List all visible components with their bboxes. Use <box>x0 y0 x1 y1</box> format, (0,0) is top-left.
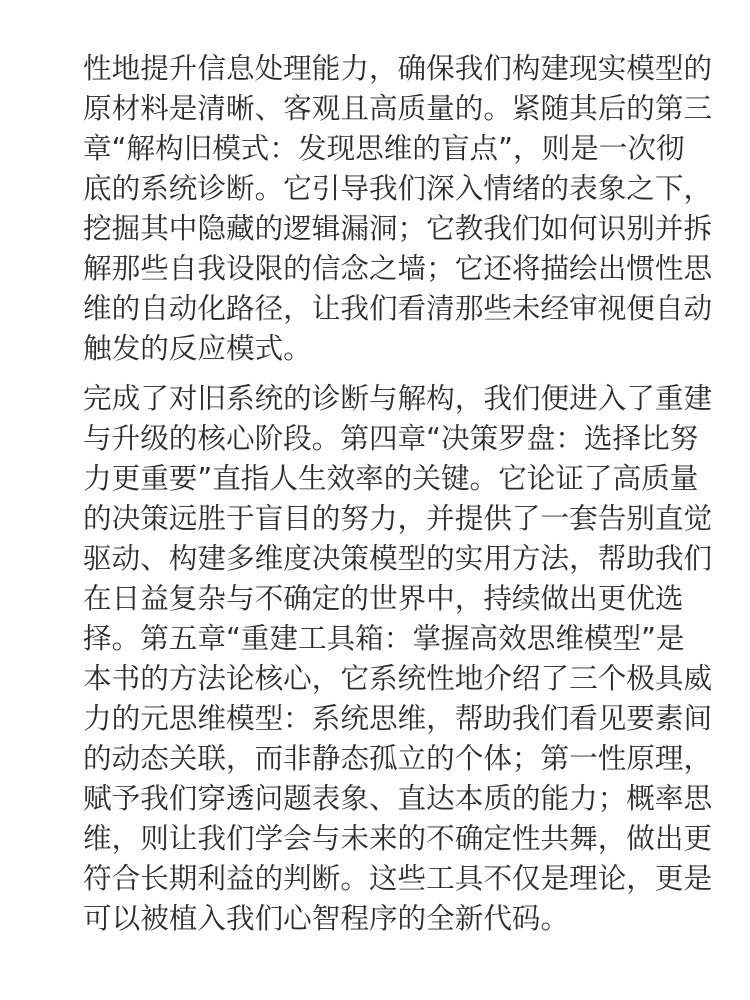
text-line: 维，则让我们学会与未来的不确定性共舞，做出更 <box>83 818 667 858</box>
text-line: 力的元思维模型：系统思维，帮助我们看见要素间 <box>83 698 667 738</box>
text-line: 与升级的核心阶段。第四章“决策罗盘：选择比努 <box>83 418 667 458</box>
text-line: 赋予我们穿透问题表象、直达本质的能力；概率思 <box>83 778 667 818</box>
text-line: 在日益复杂与不确定的世界中，持续做出更优选 <box>83 578 667 618</box>
paragraph-1: 性地提升信息处理能力，确保我们构建现实模型的 原材料是清晰、客观且高质量的。紧随… <box>83 48 667 368</box>
text-line: 本书的方法论核心，它系统性地介绍了三个极具威 <box>83 658 667 698</box>
text-line: 完成了对旧系统的诊断与解构，我们便进入了重建 <box>83 378 667 418</box>
text-line: 性地提升信息处理能力，确保我们构建现实模型的 <box>83 48 667 88</box>
text-line: 触发的反应模式。 <box>83 328 667 368</box>
text-line: 的动态关联，而非静态孤立的个体；第一性原理， <box>83 738 667 778</box>
text-line: 符合长期利益的判断。这些工具不仅是理论，更是 <box>83 858 667 898</box>
document-body: 性地提升信息处理能力，确保我们构建现实模型的 原材料是清晰、客观且高质量的。紧随… <box>83 48 667 948</box>
text-line: 解那些自我设限的信念之墙；它还将描绘出惯性思 <box>83 248 667 288</box>
text-line: 挖掘其中隐藏的逻辑漏洞；它教我们如何识别并拆 <box>83 208 667 248</box>
text-line: 择。第五章“重建工具箱：掌握高效思维模型”是 <box>83 618 667 658</box>
text-line: 驱动、构建多维度决策模型的实用方法，帮助我们 <box>83 538 667 578</box>
text-line: 原材料是清晰、客观且高质量的。紧随其后的第三 <box>83 88 667 128</box>
paragraph-2: 完成了对旧系统的诊断与解构，我们便进入了重建 与升级的核心阶段。第四章“决策罗盘… <box>83 378 667 938</box>
text-line: 的决策远胜于盲目的努力，并提供了一套告别直觉 <box>83 498 667 538</box>
text-line: 底的系统诊断。它引导我们深入情绪的表象之下， <box>83 168 667 208</box>
text-line: 维的自动化路径，让我们看清那些未经审视便自动 <box>83 288 667 328</box>
text-line: 力更重要”直指人生效率的关键。它论证了高质量 <box>83 458 667 498</box>
text-line: 章“解构旧模式：发现思维的盲点”，则是一次彻 <box>83 128 667 168</box>
text-line: 可以被植入我们心智程序的全新代码。 <box>83 898 667 938</box>
